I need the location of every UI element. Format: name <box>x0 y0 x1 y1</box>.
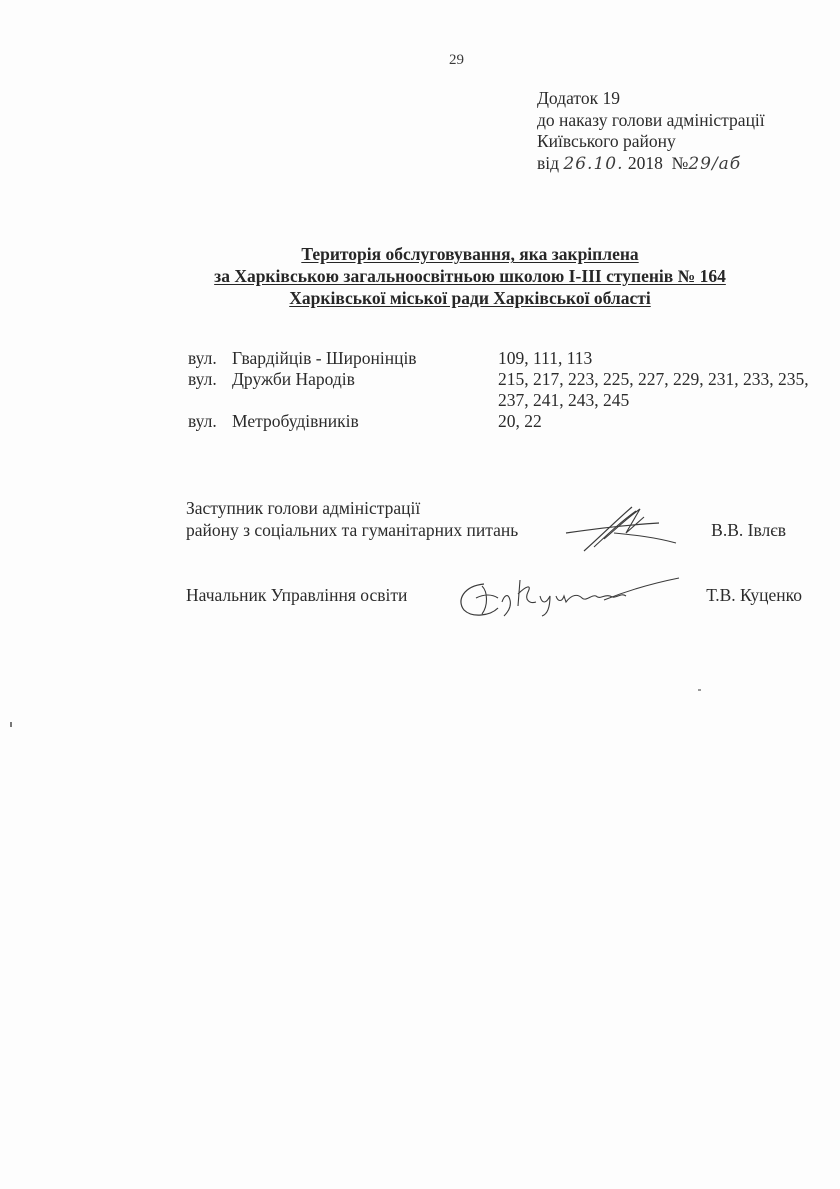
handwritten-order-number: 29/аб <box>688 154 741 174</box>
house-numbers: 215, 217, 223, 225, 227, 229, 231, 233, … <box>498 369 828 411</box>
annex-order-reference: до наказу голови адміністрації <box>537 110 765 132</box>
number-sign: № <box>672 153 689 173</box>
title-line-2: за Харківською загальноосвітньою школою … <box>214 265 726 287</box>
handwritten-date: 26.10. <box>563 154 623 174</box>
annex-district: Київського району <box>537 131 765 153</box>
signature-block-deputy-head: Заступник голови адміністрації району з … <box>186 497 816 557</box>
scan-artifact <box>698 689 701 691</box>
annex-date-line: від 26.10. 2018 №29/аб <box>537 153 765 176</box>
street-name: Метробудівників <box>232 411 359 432</box>
street-name: Дружби Народів <box>232 369 355 390</box>
annex-header: Додаток 19 до наказу голови адміністраці… <box>537 88 765 175</box>
annex-title: Додаток 19 <box>537 88 765 110</box>
scan-artifact <box>10 722 12 727</box>
page-number: 29 <box>449 52 464 69</box>
house-numbers: 109, 111, 113 <box>498 348 828 369</box>
signer-name: Т.В. Куценко <box>706 584 802 606</box>
title-line-1: Територія обслуговування, яка закріплена <box>301 243 638 265</box>
street-prefix: вул. <box>188 369 217 390</box>
street-name: Гвардійців - Широнінців <box>232 348 417 369</box>
signer-role-line-1: Заступник голови адміністрації <box>186 497 816 519</box>
signature-section: Заступник голови адміністрації району з … <box>186 497 816 614</box>
signer-name: В.В. Івлєв <box>711 519 786 541</box>
title-line-3: Харківської міської ради Харківської обл… <box>289 287 650 309</box>
street-prefix: вул. <box>188 348 217 369</box>
date-prefix: від <box>537 153 559 173</box>
house-numbers: 20, 22 <box>498 411 828 432</box>
signature-block-education-head: Начальник Управління освіти Т.В. Куценко <box>186 584 816 614</box>
date-year: 2018 <box>628 153 663 173</box>
document-title: Територія обслуговування, яка закріплена… <box>160 243 780 309</box>
document-page: 29 Додаток 19 до наказу голови адміністр… <box>0 0 840 1189</box>
street-prefix: вул. <box>188 411 217 432</box>
